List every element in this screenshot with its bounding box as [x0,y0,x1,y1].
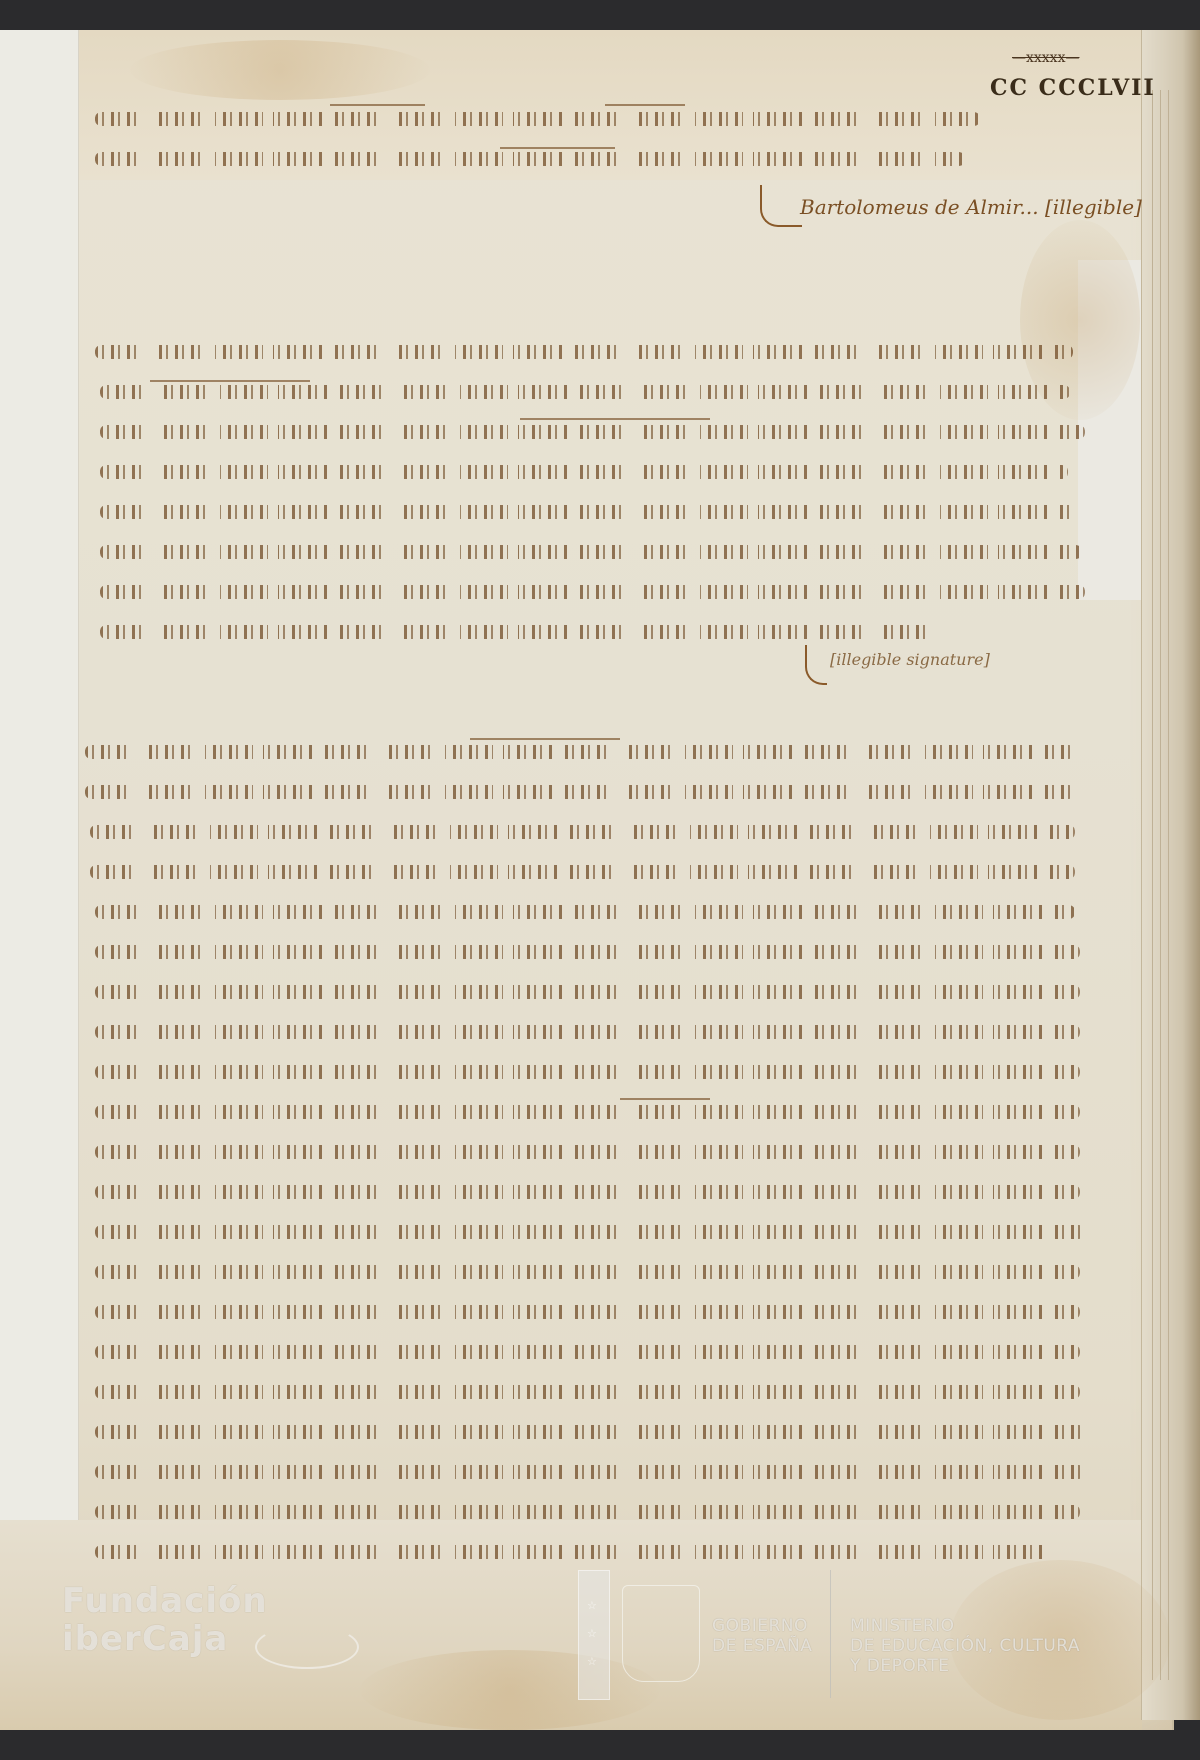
text-line [100,545,1082,559]
watermark-line: DE ESPAÑA [712,1636,812,1656]
text-line [95,112,980,126]
text-line [100,625,935,639]
text-line [95,345,1073,359]
folio-number-struck: —xxxxx— [1012,50,1079,66]
gobierno-text: GOBIERNO DE ESPAÑA [712,1616,812,1656]
text-line [95,905,1075,919]
text-line [95,985,1080,999]
watermark-divider [830,1570,831,1698]
text-line [95,1345,1080,1359]
abbrev-mark [620,1098,710,1100]
ibercaja-swoosh-icon [255,1625,359,1669]
text-line [95,1385,1080,1399]
text-line [95,1225,1085,1239]
text-line [95,1505,1080,1519]
text-line [95,1425,1085,1439]
folio-number: CC CCCLVII [990,75,1156,101]
signature-bracket [760,185,802,227]
text-line [95,152,965,166]
watermark-line: DE EDUCACIÓN, CULTURA [850,1636,1080,1656]
watermark-line: MINISTERIO [850,1616,1080,1636]
abbrev-mark [150,380,310,382]
abbrev-mark [470,738,620,740]
coat-of-arms-icon [622,1585,700,1682]
text-line [85,745,1075,759]
text-line [95,945,1080,959]
text-line [95,1025,1080,1039]
text-line [90,865,1075,879]
eu-flag-icon: ☆ ☆ ☆ [578,1570,610,1700]
text-line [95,1305,1080,1319]
watermark-line: Y DEPORTE [850,1656,1080,1676]
signature: [illegible signature] [830,650,990,669]
page-edge [1141,30,1200,1720]
watermark-line: GOBIERNO [712,1616,812,1636]
text-line [100,585,1085,599]
abbrev-mark [605,104,685,106]
text-line [85,785,1075,799]
stain [130,40,430,100]
text-line [90,825,1075,839]
text-line [100,465,1068,479]
text-line [95,1265,1080,1279]
left-repair-strip [0,30,79,1600]
star-icon: ☆ [587,1599,597,1612]
abbrev-mark [500,147,615,149]
text-line [95,1145,1080,1159]
watermark-line: iberCaja [62,1620,268,1658]
text-line [95,1185,1080,1199]
watermark-line: Fundación [62,1582,268,1620]
abbrev-mark [330,104,425,106]
text-line [95,1105,1080,1119]
text-line [95,1065,1080,1079]
stain [360,1650,660,1730]
text-line [100,385,1070,399]
signature: Bartolomeus de Almir... [illegible] [800,195,1142,219]
abbrev-mark [520,418,710,420]
text-line [100,505,1075,519]
star-icon: ☆ [587,1627,597,1640]
text-line [95,1465,1085,1479]
text-line [95,1545,1055,1559]
ministerio-text: MINISTERIO DE EDUCACIÓN, CULTURA Y DEPOR… [850,1616,1080,1676]
text-line [100,425,1085,439]
watermark-fundacion-text: Fundación iberCaja [62,1582,268,1658]
star-icon: ☆ [587,1655,597,1668]
